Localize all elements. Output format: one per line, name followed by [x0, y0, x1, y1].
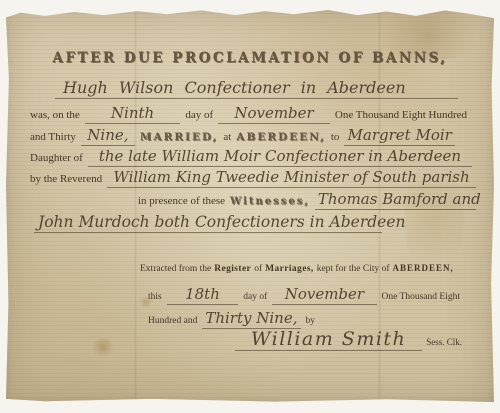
reverend-line: by the Reverend William King Tweedie Min…	[30, 169, 476, 188]
clerk-signature-handwriting: William Smith	[251, 328, 406, 350]
witness2-entry-handwriting: John Murdoch both Confectioners in Aberd…	[38, 213, 405, 231]
label-by-the-reverend: by the Reverend	[30, 173, 102, 185]
married-line: and Thirty Nine, MARRIED, at ABERDEEN, t…	[30, 127, 455, 146]
daughter-line: Daughter of the late William Moir Confec…	[30, 148, 472, 167]
label-in-presence: in presence of these	[138, 195, 225, 207]
label-daughter-of: Daughter of	[30, 152, 83, 164]
label-extract-year-start: One Thousand Eight	[382, 292, 460, 302]
label-to: to	[331, 131, 340, 143]
document-title-row: AFTER DUE PROCLAMATION OF BANNS,	[0, 50, 500, 66]
label-extracted-from-the: Extracted from the	[140, 264, 211, 274]
month-entry-handwriting: November	[234, 104, 313, 122]
extract-month-handwriting: November	[285, 285, 364, 303]
label-city-aberdeen: ABERDEEN,	[393, 263, 454, 273]
witness2-line: John Murdoch both Confectioners in Aberd…	[34, 214, 382, 233]
label-of: of	[254, 264, 262, 274]
label-kept-for: kept for the City of	[317, 264, 390, 274]
label-aberdeen: ABERDEEN,	[236, 131, 325, 143]
label-year-start: One Thousand Eight Hundred	[335, 109, 467, 121]
groom-line: Hugh Wilson Confectioner in Aberdeen	[55, 80, 458, 99]
scanned-document: AFTER DUE PROCLAMATION OF BANNS, Hugh Wi…	[0, 0, 500, 413]
bride-entry-handwriting: Margret Moir	[348, 126, 452, 144]
label-extract-day-of: day of	[243, 292, 267, 302]
minister-entry-handwriting: William King Tweedie Minister of South p…	[113, 168, 469, 186]
day-entry-handwriting: Ninth	[111, 104, 154, 122]
document-title: AFTER DUE PROCLAMATION OF BANNS,	[52, 50, 447, 66]
extract-day-handwriting: 18th	[185, 285, 220, 303]
label-clerk-title: Sess. Clk.	[426, 337, 462, 347]
label-was-on-the: was, on the	[30, 109, 80, 121]
extract-line-3: Hundred and Thirty Nine, by	[148, 310, 315, 329]
father-entry-handwriting: the late William Moir Confectioner in Ab…	[99, 147, 461, 165]
extract-line-2: this 18th day of November One Thousand E…	[148, 286, 460, 305]
paper-crease	[134, 8, 137, 402]
extract-year-handwriting: Thirty Nine,	[205, 309, 297, 327]
witnesses-line: in presence of these Witnesses, Thomas B…	[138, 191, 476, 210]
stain	[90, 338, 116, 356]
label-at: at	[223, 131, 231, 143]
label-this: this	[148, 292, 162, 302]
label-day-of: day of	[185, 109, 213, 121]
groom-entry-handwriting: Hugh Wilson Confectioner in Aberdeen	[63, 78, 406, 97]
label-married: MARRIED,	[140, 131, 219, 143]
extract-line-1: Extracted from the Register of Marriages…	[140, 263, 473, 274]
label-witnesses: Witnesses,	[230, 196, 310, 207]
label-register: Register	[214, 264, 251, 274]
label-and-thirty: and Thirty	[30, 131, 76, 143]
year-entry-handwriting: Nine,	[87, 126, 128, 144]
label-by: by	[306, 316, 316, 326]
signature-line: William Smith Sess. Clk.	[235, 332, 462, 351]
label-marriages: Marriages,	[265, 264, 314, 274]
label-hundred-and: Hundred and	[148, 316, 197, 326]
witness1-entry-handwriting: Thomas Bamford and	[318, 190, 481, 208]
date-line: was, on the Ninth day of November One Th…	[30, 105, 467, 124]
